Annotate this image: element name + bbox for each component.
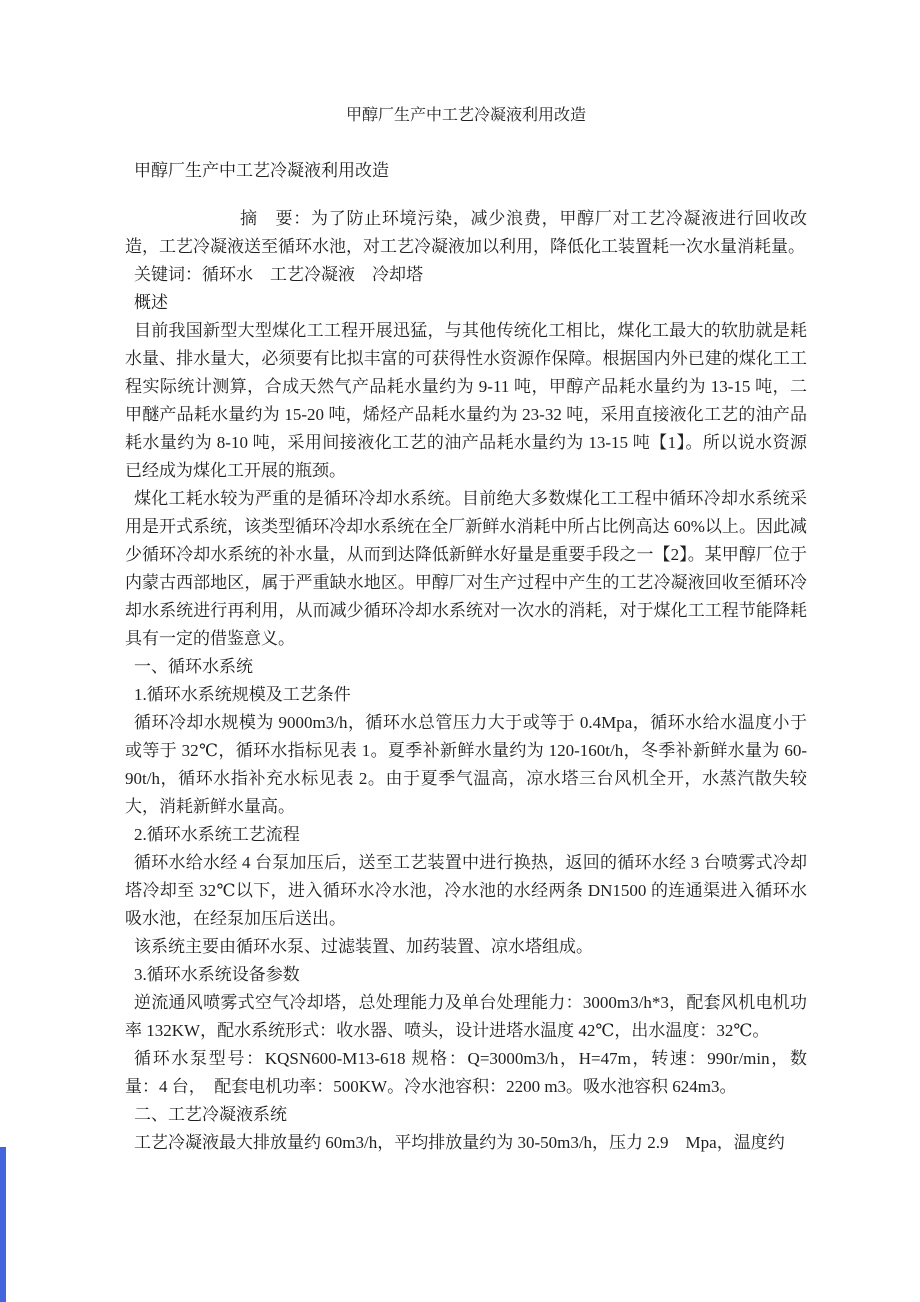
paragraph-body: 目前我国新型大型煤化工工程开展迅猛，与其他传统化工相比，煤化工最大的软肋就是耗水… [125, 317, 807, 485]
paragraph-body: 3.循环水系统设备参数 [125, 961, 807, 989]
document-body: 甲醇厂生产中工艺冷凝液利用改造摘 要：为了防止环境污染，减少浪费，甲醇厂对工艺冷… [125, 157, 807, 1157]
paragraph-subtitle: 甲醇厂生产中工艺冷凝液利用改造 [125, 157, 807, 185]
paragraph-body: 工艺冷凝液最大排放量约 60m3/h，平均排放量约为 30-50m3/h，压力 … [125, 1129, 807, 1157]
paragraph-body: 概述 [125, 289, 807, 317]
paragraph-body: 关键词：循环水 工艺冷凝液 冷却塔 [125, 261, 807, 289]
paragraph-body: 循环水给水经 4 台泵加压后，送至工艺装置中进行换热，返回的循环水经 3 台喷雾… [125, 849, 807, 933]
paragraph-body: 该系统主要由循环水泵、过滤装置、加药装置、凉水塔组成。 [125, 933, 807, 961]
paragraph-body: 1.循环水系统规模及工艺条件 [125, 681, 807, 709]
paragraph-body: 二、工艺冷凝液系统 [125, 1101, 807, 1129]
paragraph-abstract: 摘 要：为了防止环境污染，减少浪费，甲醇厂对工艺冷凝液进行回收改造，工艺冷凝液送… [125, 205, 807, 261]
document-title: 甲醇厂生产中工艺冷凝液利用改造 [125, 102, 807, 130]
paragraph-body: 2.循环水系统工艺流程 [125, 821, 807, 849]
paragraph-body: 逆流通风喷雾式空气冷却塔，总处理能力及单台处理能力：3000m3/h*3，配套风… [125, 989, 807, 1045]
paragraph-body: 煤化工耗水较为严重的是循环冷却水系统。目前绝大多数煤化工工程中循环冷却水系统采用… [125, 485, 807, 653]
document-content: 甲醇厂生产中工艺冷凝液利用改造 甲醇厂生产中工艺冷凝液利用改造摘 要：为了防止环… [0, 0, 920, 1157]
document-page: 甲醇厂生产中工艺冷凝液利用改造 甲醇厂生产中工艺冷凝液利用改造摘 要：为了防止环… [0, 0, 920, 1302]
page-edge-marker [0, 1147, 6, 1302]
paragraph-body: 一、循环水系统 [125, 653, 807, 681]
paragraph-body: 循环冷却水规模为 9000m3/h，循环水总管压力大于或等于 0.4Mpa，循环… [125, 709, 807, 821]
paragraph-body: 循环水泵型号：KQSN600-M13-618 规格：Q=3000m3/h，H=4… [125, 1045, 807, 1101]
